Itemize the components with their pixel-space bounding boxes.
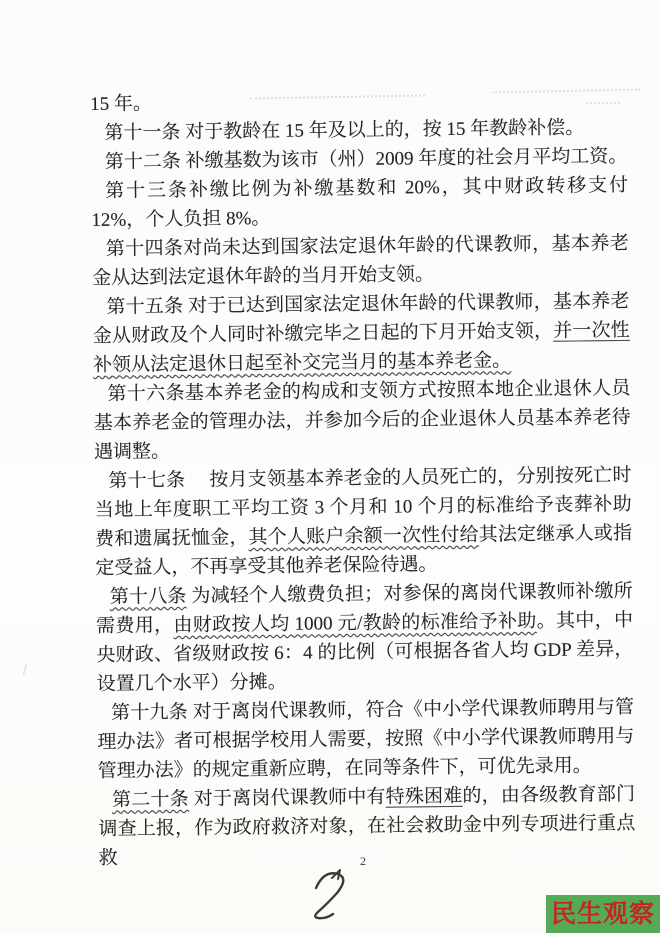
- article-18: 第十八条 为减轻个人缴费负担；对参保的离岗代课教师补缴所需费用，由财政按人均 1…: [96, 577, 634, 699]
- article-13-text: 第十三条补缴比例为补缴基数和 20%，其中财政转移支付 12%，个人负担 8%。: [91, 175, 628, 231]
- article-15-text: 第十五条 对于已达到国家法定退休年龄的代课教师，基本养老金从财政及个人同时补缴完…: [93, 291, 630, 347]
- article-16-text: 第十六条基本养老金的构成和支领方式按照本地企业退休人员基本养老金的管理办法，并参…: [94, 378, 631, 463]
- watermark-minsheng-guancha: 民生观察: [546, 895, 660, 933]
- underline-annotation: 并一次性: [553, 320, 630, 342]
- underline-annotation: 其个人账户余额一次性付给: [248, 525, 478, 549]
- underline-annotation: 第十八条: [110, 586, 187, 608]
- article-14: 第十四条对尚未达到国家法定退休年龄的代课教师，基本养老金从达到法定退休年龄的当月…: [92, 229, 630, 293]
- article-20-text: 对于离岗代课教师中有: [189, 787, 386, 810]
- document-text-block: 15 年。 第十一条 对于教龄在 15 年及以上的，按 15 年教龄补偿。 第十…: [90, 84, 636, 873]
- underline-annotation: 补领从法定退休日起至补交完当月的基本养老金。: [93, 350, 511, 376]
- scanned-document-page: 15 年。 第十一条 对于教龄在 15 年及以上的，按 15 年教龄补偿。 第十…: [0, 0, 660, 933]
- article-16: 第十六条基本养老金的构成和支领方式按照本地企业退休人员基本养老金的管理办法，并参…: [93, 374, 631, 467]
- scan-artifact: [22, 664, 27, 675]
- article-14-text: 第十四条对尚未达到国家法定退休年龄的代课教师，基本养老金从达到法定退休年龄的当月…: [92, 233, 629, 289]
- line-15-years: 15 年。: [90, 93, 152, 115]
- article-15: 第十五条 对于已达到国家法定退休年龄的代课教师，基本养老金从财政及个人同时补缴完…: [92, 287, 630, 380]
- underline-annotation: 第二十条: [112, 789, 189, 811]
- article-13: 第十三条补缴比例为补缴基数和 20%，其中财政转移支付 12%，个人负担 8%。: [91, 171, 629, 235]
- printed-page-number: 2: [360, 854, 366, 869]
- handwritten-page-number: [294, 866, 356, 924]
- underline-annotation: 由财政按人均 1000 元/教龄的标准给予补助: [173, 611, 536, 636]
- article-17: 第十七条 按月支领基本养老金的人员死亡的，分别按死亡时当地上年度职工平均工资 3…: [94, 461, 632, 583]
- underline-annotation: 特殊困难: [386, 786, 463, 808]
- article-19-text: 第十九条 对于离岗代课教师，符合《中小学代课教师聘用与管理办法》者可根据学校用人…: [97, 697, 634, 782]
- article-12-text: 第十二条 补缴基数为该市（州）2009 年度的社会月平均工资。: [105, 146, 628, 173]
- article-19: 第十九条 对于离岗代课教师，符合《中小学代课教师聘用与管理办法》者可根据学校用人…: [97, 693, 635, 786]
- watermark-text: 民生观察: [551, 902, 655, 927]
- article-11-text: 第十一条 对于教龄在 15 年及以上的，按 15 年教龄补偿。: [104, 117, 584, 143]
- article-20: 第二十条 对于离岗代课教师中有特殊困难的，由各级教育部门调查上报，作为政府救济对…: [98, 780, 636, 873]
